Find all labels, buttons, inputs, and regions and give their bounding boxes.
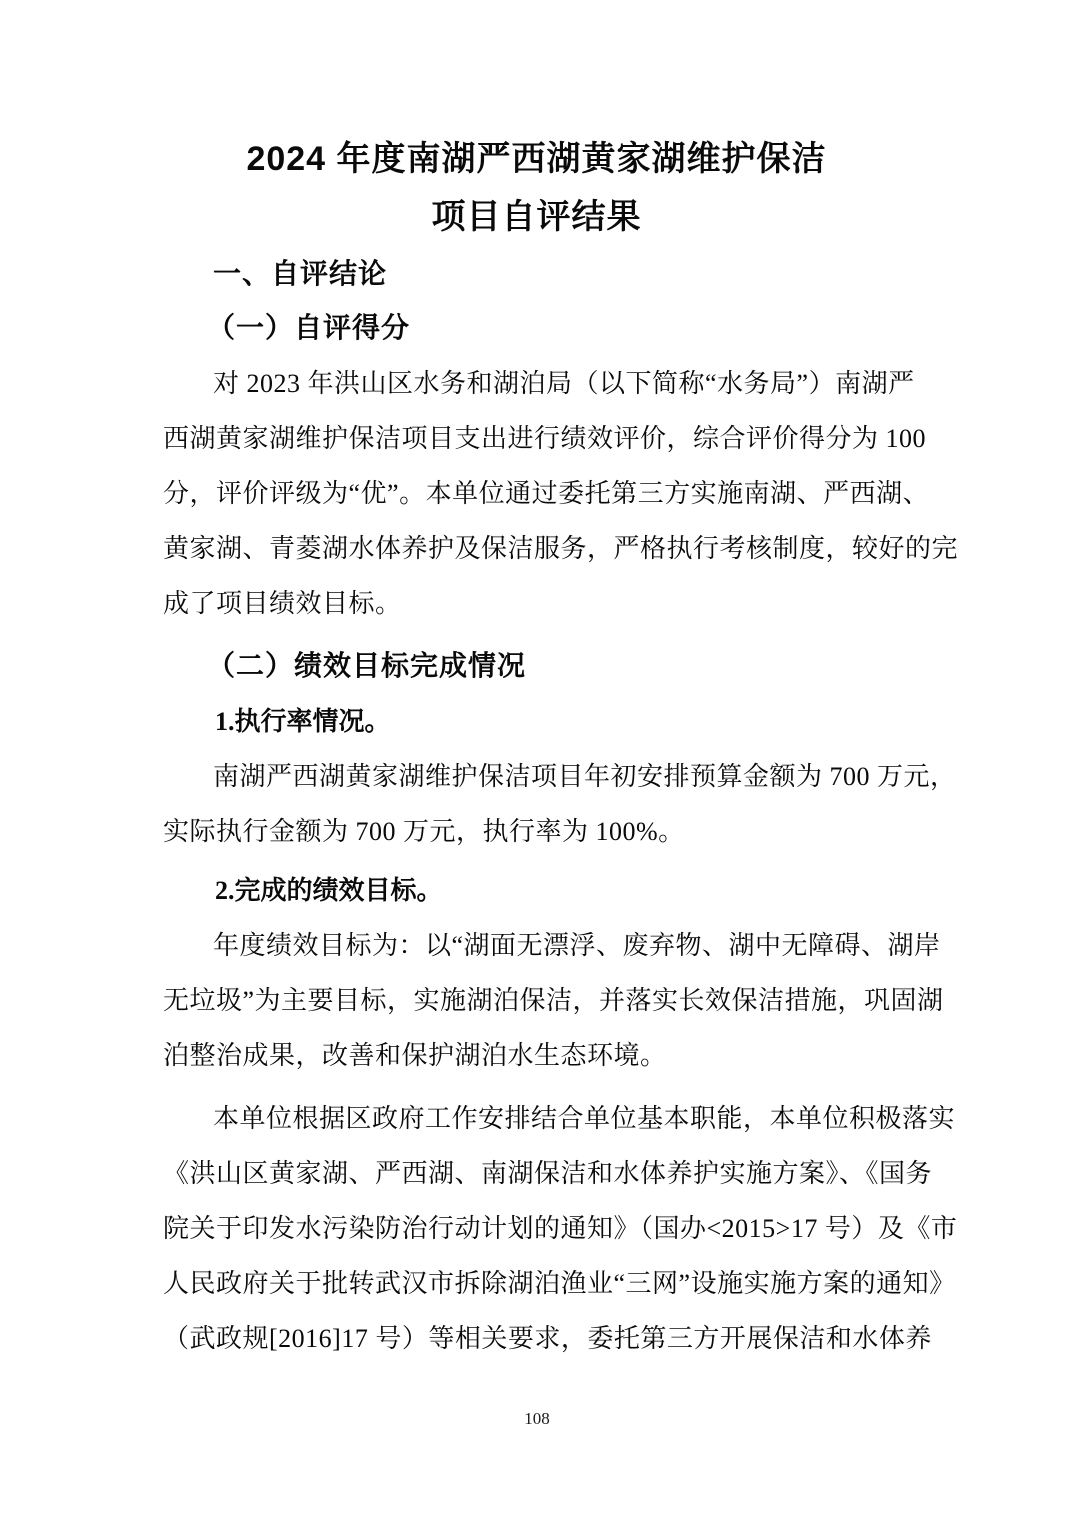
paragraph-goals: 年度绩效目标为：以“湖面无漂浮、废弃物、湖中无障碍、湖岸 无垃圾”为主要目标，实… <box>163 918 910 1083</box>
paragraph-implementation: 本单位根据区政府工作安排结合单位基本职能，本单位积极落实 《洪山区黄家湖、严西湖… <box>163 1091 910 1366</box>
section-heading-self-eval-conclusion: 一、自评结论 <box>163 246 910 301</box>
subsection-heading-self-eval-score: （一）自评得分 <box>163 301 910 356</box>
paragraph-line: 无垃圾”为主要目标，实施湖泊保洁，并落实长效保洁措施，巩固湖 <box>163 973 910 1028</box>
paragraph-line: 院关于印发水污染防治行动计划的通知》（国办<2015>17 号）及《市 <box>163 1201 910 1256</box>
paragraph-line: 年度绩效目标为：以“湖面无漂浮、废弃物、湖中无障碍、湖岸 <box>163 918 910 973</box>
document-title-line-2: 项目自评结果 <box>163 188 910 246</box>
paragraph-line: 《洪山区黄家湖、严西湖、南湖保洁和水体养护实施方案》、《国务 <box>163 1146 910 1201</box>
paragraph-line: 成了项目绩效目标。 <box>163 576 910 631</box>
paragraph-line: 对 2023 年洪山区水务和湖泊局（以下简称“水务局”）南湖严 <box>163 356 910 411</box>
paragraph-execution: 南湖严西湖黄家湖维护保洁项目年初安排预算金额为 700 万元， 实际执行金额为 … <box>163 749 910 859</box>
paragraph-line: 黄家湖、青菱湖水体养护及保洁服务，严格执行考核制度，较好的完 <box>163 521 910 576</box>
paragraph-score: 对 2023 年洪山区水务和湖泊局（以下简称“水务局”）南湖严 西湖黄家湖维护保… <box>163 356 910 631</box>
paragraph-line: 泊整治成果，改善和保护湖泊水生态环境。 <box>163 1028 910 1083</box>
paragraph-line: 南湖严西湖黄家湖维护保洁项目年初安排预算金额为 700 万元， <box>163 749 910 804</box>
document-page: 2024 年度南湖严西湖黄家湖维护保洁 项目自评结果 一、自评结论 （一）自评得… <box>0 0 1074 1520</box>
document-content: 2024 年度南湖严西湖黄家湖维护保洁 项目自评结果 一、自评结论 （一）自评得… <box>163 130 910 1366</box>
numbered-heading-completed-goals: 2.完成的绩效目标。 <box>163 863 910 918</box>
numbered-heading-execution-rate: 1.执行率情况。 <box>163 694 910 749</box>
subsection-heading-goal-completion: （二）绩效目标完成情况 <box>163 639 910 694</box>
paragraph-line: 人民政府关于批转武汉市拆除湖泊渔业“三网”设施实施方案的通知》 <box>163 1256 910 1311</box>
paragraph-line: 本单位根据区政府工作安排结合单位基本职能，本单位积极落实 <box>163 1091 910 1146</box>
paragraph-line: 实际执行金额为 700 万元，执行率为 100%。 <box>163 804 910 859</box>
paragraph-line: （武政规[2016]17 号）等相关要求，委托第三方开展保洁和水体养 <box>163 1311 910 1366</box>
page-number: 108 <box>0 1404 1074 1434</box>
paragraph-line: 西湖黄家湖维护保洁项目支出进行绩效评价，综合评价得分为 100 <box>163 411 910 466</box>
paragraph-line: 分，评价评级为“优”。本单位通过委托第三方实施南湖、严西湖、 <box>163 466 910 521</box>
document-title-line-1: 2024 年度南湖严西湖黄家湖维护保洁 <box>163 130 910 188</box>
